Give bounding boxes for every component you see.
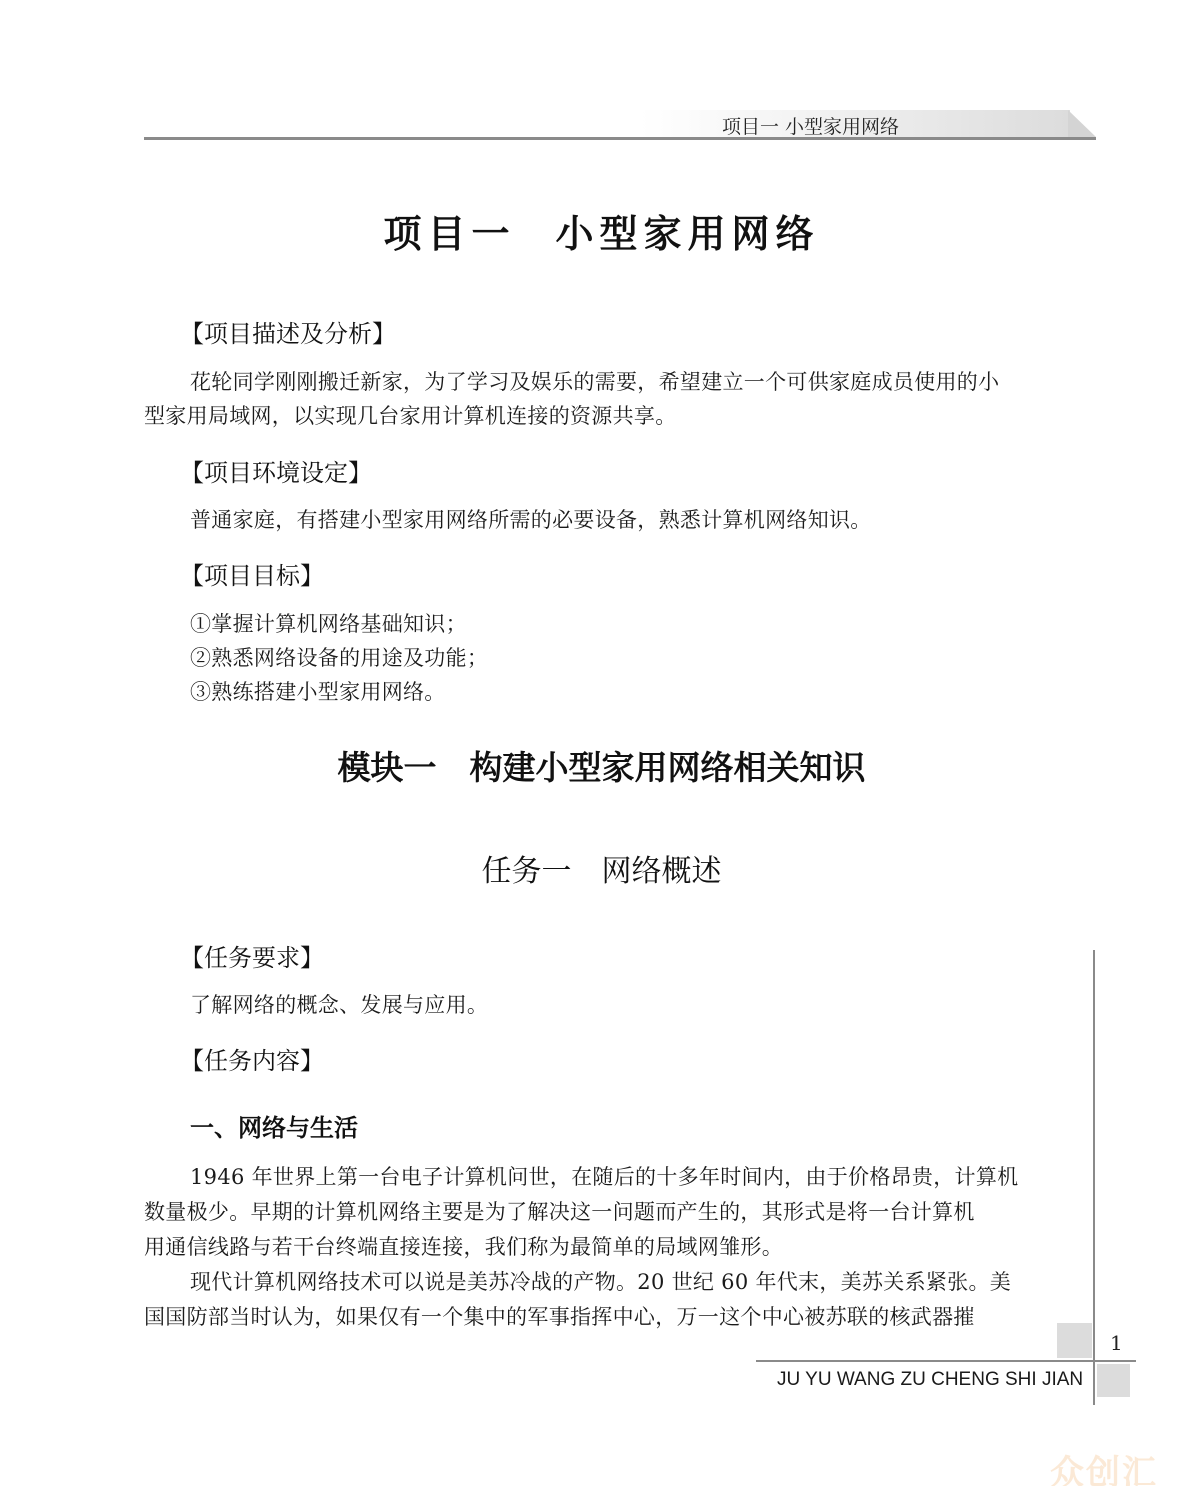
chapter-number: 项目一 bbox=[383, 212, 515, 256]
running-header-corner bbox=[1068, 110, 1096, 137]
running-header-text: 项目一 小型家用网络 bbox=[722, 112, 899, 139]
paragraph-1-line-2: 数量极少。早期的计算机网络主要是为了解决这一问题而产生的，其形式是将一台计算机 bbox=[144, 1195, 975, 1229]
page-number: 1 bbox=[1110, 1331, 1123, 1355]
description-line-2: 型家用局域网，以实现几台家用计算机连接的资源共享。 bbox=[144, 399, 677, 433]
paragraph-2-line-2: 国国防部当时认为，如果仅有一个集中的军事指挥中心，万一这个中心被苏联的核武器摧 bbox=[144, 1300, 975, 1334]
paragraph-1-line-1: 1946 年世界上第一台电子计算机问世，在随后的十多年时间内，由于价格昂贵，计算… bbox=[190, 1160, 1018, 1194]
heading-project-goals: 【项目目标】 bbox=[180, 556, 324, 591]
description-line-1: 花轮同学刚刚搬迁新家，为了学习及娱乐的需要，希望建立一个可供家庭成员使用的小 bbox=[190, 365, 999, 399]
heading-project-environment: 【项目环境设定】 bbox=[180, 453, 372, 488]
goal-item-1: ①掌握计算机网络基础知识； bbox=[190, 607, 467, 641]
module-title: 模块一 构建小型家用网络相关知识 bbox=[0, 742, 1203, 789]
chapter-title: 项目一小型家用网络 bbox=[0, 203, 1203, 258]
task-title: 任务一 网络概述 bbox=[0, 846, 1203, 890]
heading-task-requirement: 【任务要求】 bbox=[180, 938, 324, 973]
goal-item-2: ②熟悉网络设备的用途及功能； bbox=[190, 641, 488, 675]
goal-item-3: ③熟练搭建小型家用网络。 bbox=[190, 675, 446, 709]
footer-book-title: JU YU WANG ZU CHENG SHI JIAN bbox=[777, 1369, 1083, 1391]
heading-task-content: 【任务内容】 bbox=[180, 1041, 324, 1076]
watermark-logo: 众创汇 bbox=[1050, 1445, 1158, 1486]
footer-vertical-rule bbox=[1093, 950, 1095, 1405]
paragraph-2-line-1: 现代计算机网络技术可以说是美苏冷战的产物。20 世纪 60 年代末，美苏关系紧张… bbox=[190, 1265, 1011, 1299]
section-heading-network-and-life: 一、网络与生活 bbox=[190, 1108, 358, 1143]
footer-decor-box bbox=[1097, 1364, 1130, 1397]
footer-horizontal-rule bbox=[756, 1360, 1136, 1362]
environment-text: 普通家庭，有搭建小型家用网络所需的必要设备，熟悉计算机网络知识。 bbox=[190, 503, 872, 537]
heading-project-description: 【项目描述及分析】 bbox=[180, 314, 396, 349]
task-requirement-text: 了解网络的概念、发展与应用。 bbox=[190, 988, 488, 1022]
footer-decor-box bbox=[1057, 1323, 1092, 1358]
chapter-name: 小型家用网络 bbox=[556, 212, 820, 256]
header-rule bbox=[144, 137, 1096, 140]
paragraph-1-line-3: 用通信线路与若干台终端直接连接，我们称为最简单的局域网雏形。 bbox=[144, 1230, 783, 1264]
